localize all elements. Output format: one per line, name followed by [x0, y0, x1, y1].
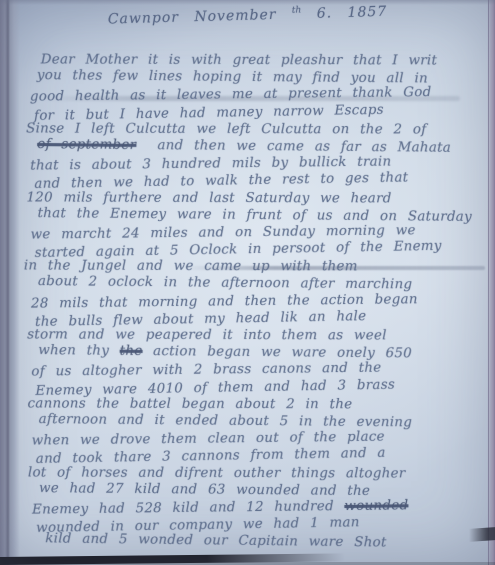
struck-word: the	[120, 344, 143, 359]
photo-dark-mark	[469, 527, 495, 542]
photo-left-edge	[0, 0, 20, 565]
dateline-day-year: 6. 1857	[301, 4, 387, 22]
dateline-place-month: Cawnpor November	[108, 6, 293, 27]
letter-line: 120 mils furthere and last Saturday we h…	[26, 189, 480, 207]
photo-right-edge-line	[488, 0, 489, 565]
letter-line-text: when thy	[38, 343, 120, 359]
letter-dateline: Cawnpor November th 6. 1857	[60, 2, 435, 29]
letter-line: kild and 5 wonded our Capitain ware Shot	[45, 531, 482, 554]
struck-word: of september	[37, 137, 136, 153]
letter-photo: Cawnpor November th 6. 1857 Dear Mother …	[0, 0, 495, 565]
struck-word: wounded	[344, 498, 408, 514]
letter-body: Dear Mother it is with great pleashur th…	[23, 51, 483, 552]
letter-line: lot of horses and difrent outher things …	[28, 464, 482, 482]
